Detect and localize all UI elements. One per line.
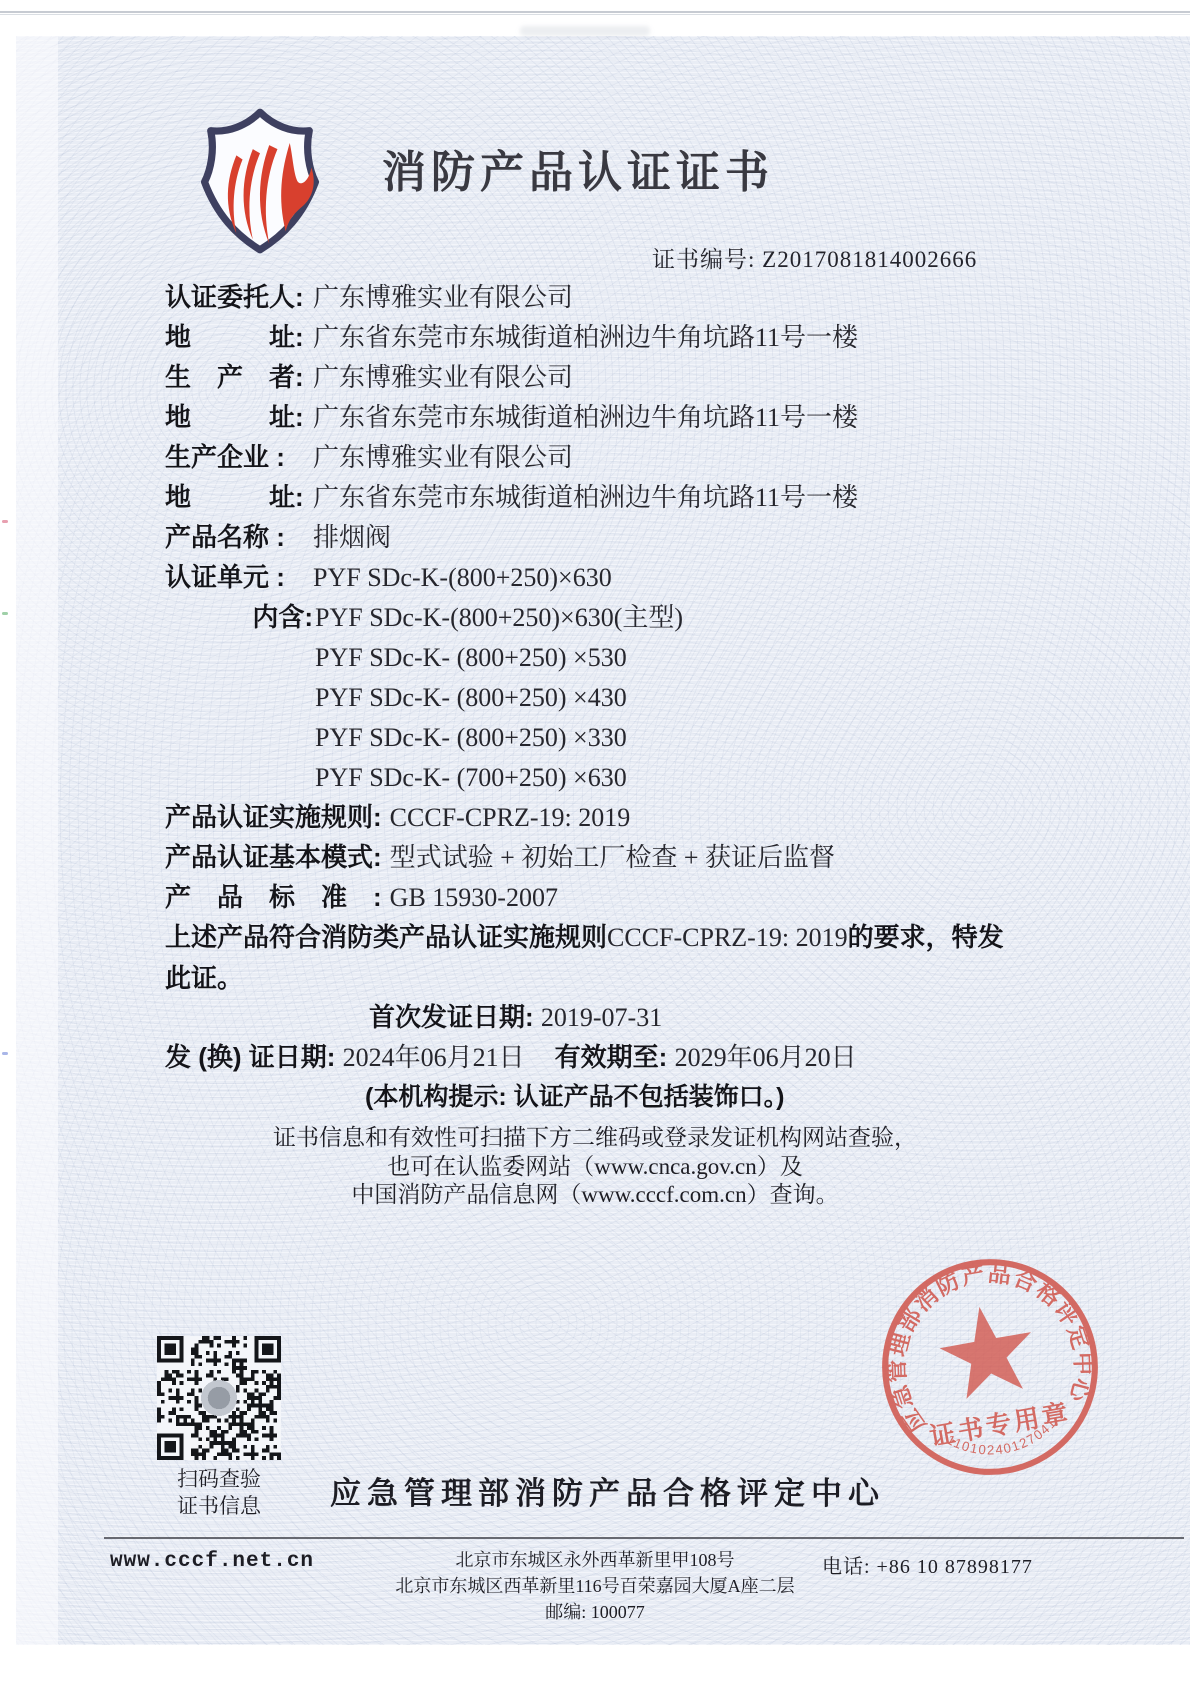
field-value: GB 15930-2007 bbox=[390, 883, 558, 912]
qr-code-icon bbox=[157, 1336, 281, 1460]
row-includes-head: 内含:PYF SDc-K-(800+250)×630(主型) bbox=[165, 597, 1065, 637]
field-label: 发 (换) 证日期: bbox=[165, 1042, 343, 1072]
verification-instructions: 证书信息和有效性可扫描下方二维码或登录发证机构网站查验， 也可在认监委网站（ww… bbox=[0, 1124, 1190, 1210]
footer-divider bbox=[104, 1537, 1184, 1539]
row-certification-rule: 产品认证实施规则:CCCF-CPRZ-19: 2019 bbox=[165, 797, 1065, 837]
field-value: 2024年06月21日 bbox=[343, 1043, 525, 1072]
field-label: 认证委托人: bbox=[165, 277, 313, 317]
field-label: 有效期至: bbox=[555, 1042, 675, 1072]
footer-address-block: 北京市东城区永外西革新里甲108号 北京市东城区西革新里116号百荣嘉园大厦A座… bbox=[295, 1547, 895, 1625]
row-factory: 生产企业 :广东博雅实业有限公司 bbox=[165, 437, 1065, 477]
scan-artifact-line bbox=[0, 11, 1190, 13]
included-model: PYF SDc-K-(800+250)×630(主型) bbox=[315, 603, 683, 632]
statement-code: CCCF-CPRZ-19: 2019 bbox=[607, 923, 848, 952]
field-value: 广东省东莞市东城街道柏洲边牛角坑路11号一楼 bbox=[313, 403, 858, 432]
scan-speck bbox=[2, 1052, 8, 1055]
field-label: 首次发证日期: bbox=[369, 1002, 541, 1032]
footer-address-line: 北京市东城区西革新里116号百荣嘉园大厦A座二层 bbox=[295, 1573, 895, 1599]
footer-phone: 电话: +86 10 87898177 bbox=[822, 1550, 1033, 1579]
row-agency-note: (本机构提示: 认证产品不包括装饰口。) bbox=[165, 1077, 1065, 1117]
footer-postcode: 邮编: 100077 bbox=[295, 1599, 895, 1625]
row-includes-item: PYF SDc-K- (800+250) ×330 bbox=[165, 717, 1065, 757]
row-product-name: 产品名称 :排烟阀 bbox=[165, 517, 1065, 557]
certificate-page: 消防产品认证证书 证书编号: Z2017081814002666 认证委托人:广… bbox=[0, 0, 1190, 1684]
row-statement: 上述产品符合消防类产品认证实施规则CCCF-CPRZ-19: 2019的要求，特… bbox=[165, 917, 1011, 997]
verify-line: 也可在认监委网站（www.cnca.gov.cn）及 bbox=[0, 1153, 1190, 1182]
field-label: 生产企业 : bbox=[165, 437, 313, 477]
verify-line: 证书信息和有效性可扫描下方二维码或登录发证机构网站查验， bbox=[0, 1124, 1190, 1153]
verify-line: 中国消防产品信息网（www.cccf.com.cn）查询。 bbox=[0, 1181, 1190, 1210]
field-value: CCCF-CPRZ-19: 2019 bbox=[390, 803, 631, 832]
scan-speck bbox=[2, 520, 8, 523]
row-product-standard: 产 品 标 准 :GB 15930-2007 bbox=[165, 877, 1065, 917]
included-model: PYF SDc-K- (800+250) ×530 bbox=[315, 643, 627, 672]
row-includes-item: PYF SDc-K- (800+250) ×430 bbox=[165, 677, 1065, 717]
qr-code-block: 扫码查验 证书信息 bbox=[157, 1336, 281, 1520]
agency-note-text: (本机构提示: 认证产品不包括装饰口。) bbox=[365, 1083, 784, 1111]
field-value: 广东博雅实业有限公司 bbox=[313, 443, 573, 472]
certificate-number-value: Z2017081814002666 bbox=[762, 247, 977, 272]
certificate-title: 消防产品认证证书 bbox=[382, 136, 774, 200]
qr-caption-line: 扫码查验 bbox=[157, 1466, 281, 1493]
field-label: 产 品 标 准 : bbox=[165, 882, 382, 912]
field-value: 广东博雅实业有限公司 bbox=[313, 283, 573, 312]
field-value: 排烟阀 bbox=[313, 523, 391, 552]
row-address-2: 地 址:广东省东莞市东城街道柏洲边牛角坑路11号一楼 bbox=[165, 397, 1065, 437]
qr-caption-line: 证书信息 bbox=[157, 1493, 281, 1520]
field-label: 产品认证基本模式: bbox=[165, 842, 382, 872]
scan-speck bbox=[2, 612, 8, 615]
field-label: 地 址: bbox=[165, 477, 313, 517]
field-value: 广东博雅实业有限公司 bbox=[313, 363, 573, 392]
fire-shield-logo-icon bbox=[183, 104, 337, 258]
field-value: 2019-07-31 bbox=[541, 1003, 662, 1032]
official-seal-stamp: 应急管理部消防产品合格评定中心 证书专用章 11010240127041 bbox=[858, 1235, 1122, 1499]
scan-artifact-line bbox=[0, 14, 1190, 15]
field-label: 地 址: bbox=[165, 317, 313, 357]
statement-part1: 上述产品符合消防类产品认证实施规则 bbox=[165, 922, 607, 952]
field-label: 产品名称 : bbox=[165, 517, 313, 557]
field-label: 生 产 者: bbox=[165, 357, 313, 397]
included-model: PYF SDc-K- (700+250) ×630 bbox=[315, 763, 627, 792]
footer-address-line: 北京市东城区永外西革新里甲108号 bbox=[295, 1547, 895, 1573]
field-value: PYF SDc-K-(800+250)×630 bbox=[313, 563, 612, 592]
row-applicant: 认证委托人:广东博雅实业有限公司 bbox=[165, 277, 1065, 317]
scan-artifact-smudge bbox=[520, 26, 650, 36]
footer-website: www.cccf.net.cn bbox=[110, 1550, 314, 1573]
included-model: PYF SDc-K- (800+250) ×430 bbox=[315, 683, 627, 712]
field-label: 地 址: bbox=[165, 397, 313, 437]
row-includes-item: PYF SDc-K- (700+250) ×630 bbox=[165, 757, 1065, 797]
certificate-number-label: 证书编号: bbox=[652, 247, 762, 272]
field-label: 认证单元 : bbox=[165, 557, 313, 597]
field-value: 2029年06月20日 bbox=[675, 1043, 857, 1072]
row-reissue-date: 发 (换) 证日期: 2024年06月21日有效期至: 2029年06月20日 bbox=[165, 1037, 1065, 1077]
row-producer: 生 产 者:广东博雅实业有限公司 bbox=[165, 357, 1065, 397]
seal-star-icon bbox=[934, 1299, 1041, 1402]
certificate-number: 证书编号: Z2017081814002666 bbox=[652, 241, 977, 274]
row-first-issue-date: 首次发证日期: 2019-07-31 bbox=[165, 997, 1065, 1037]
scan-left-margin bbox=[16, 36, 58, 1645]
certificate-fields: 认证委托人:广东博雅实业有限公司 地 址:广东省东莞市东城街道柏洲边牛角坑路11… bbox=[165, 277, 1065, 1117]
row-cert-unit: 认证单元 :PYF SDc-K-(800+250)×630 bbox=[165, 557, 1065, 597]
field-label: 内含: bbox=[165, 597, 315, 637]
row-address-1: 地 址:广东省东莞市东城街道柏洲边牛角坑路11号一楼 bbox=[165, 317, 1065, 357]
row-address-3: 地 址:广东省东莞市东城街道柏洲边牛角坑路11号一楼 bbox=[165, 477, 1065, 517]
row-certification-mode: 产品认证基本模式:型式试验 + 初始工厂检查 + 获证后监督 bbox=[165, 837, 1065, 877]
issuing-organization-name: 应急管理部消防产品合格评定中心 bbox=[330, 1468, 885, 1513]
row-includes-item: PYF SDc-K- (800+250) ×530 bbox=[165, 637, 1065, 677]
field-label: 产品认证实施规则: bbox=[165, 802, 382, 832]
included-model: PYF SDc-K- (800+250) ×330 bbox=[315, 723, 627, 752]
field-value: 广东省东莞市东城街道柏洲边牛角坑路11号一楼 bbox=[313, 323, 858, 352]
field-value: 广东省东莞市东城街道柏洲边牛角坑路11号一楼 bbox=[313, 483, 858, 512]
field-value: 型式试验 + 初始工厂检查 + 获证后监督 bbox=[390, 843, 835, 872]
